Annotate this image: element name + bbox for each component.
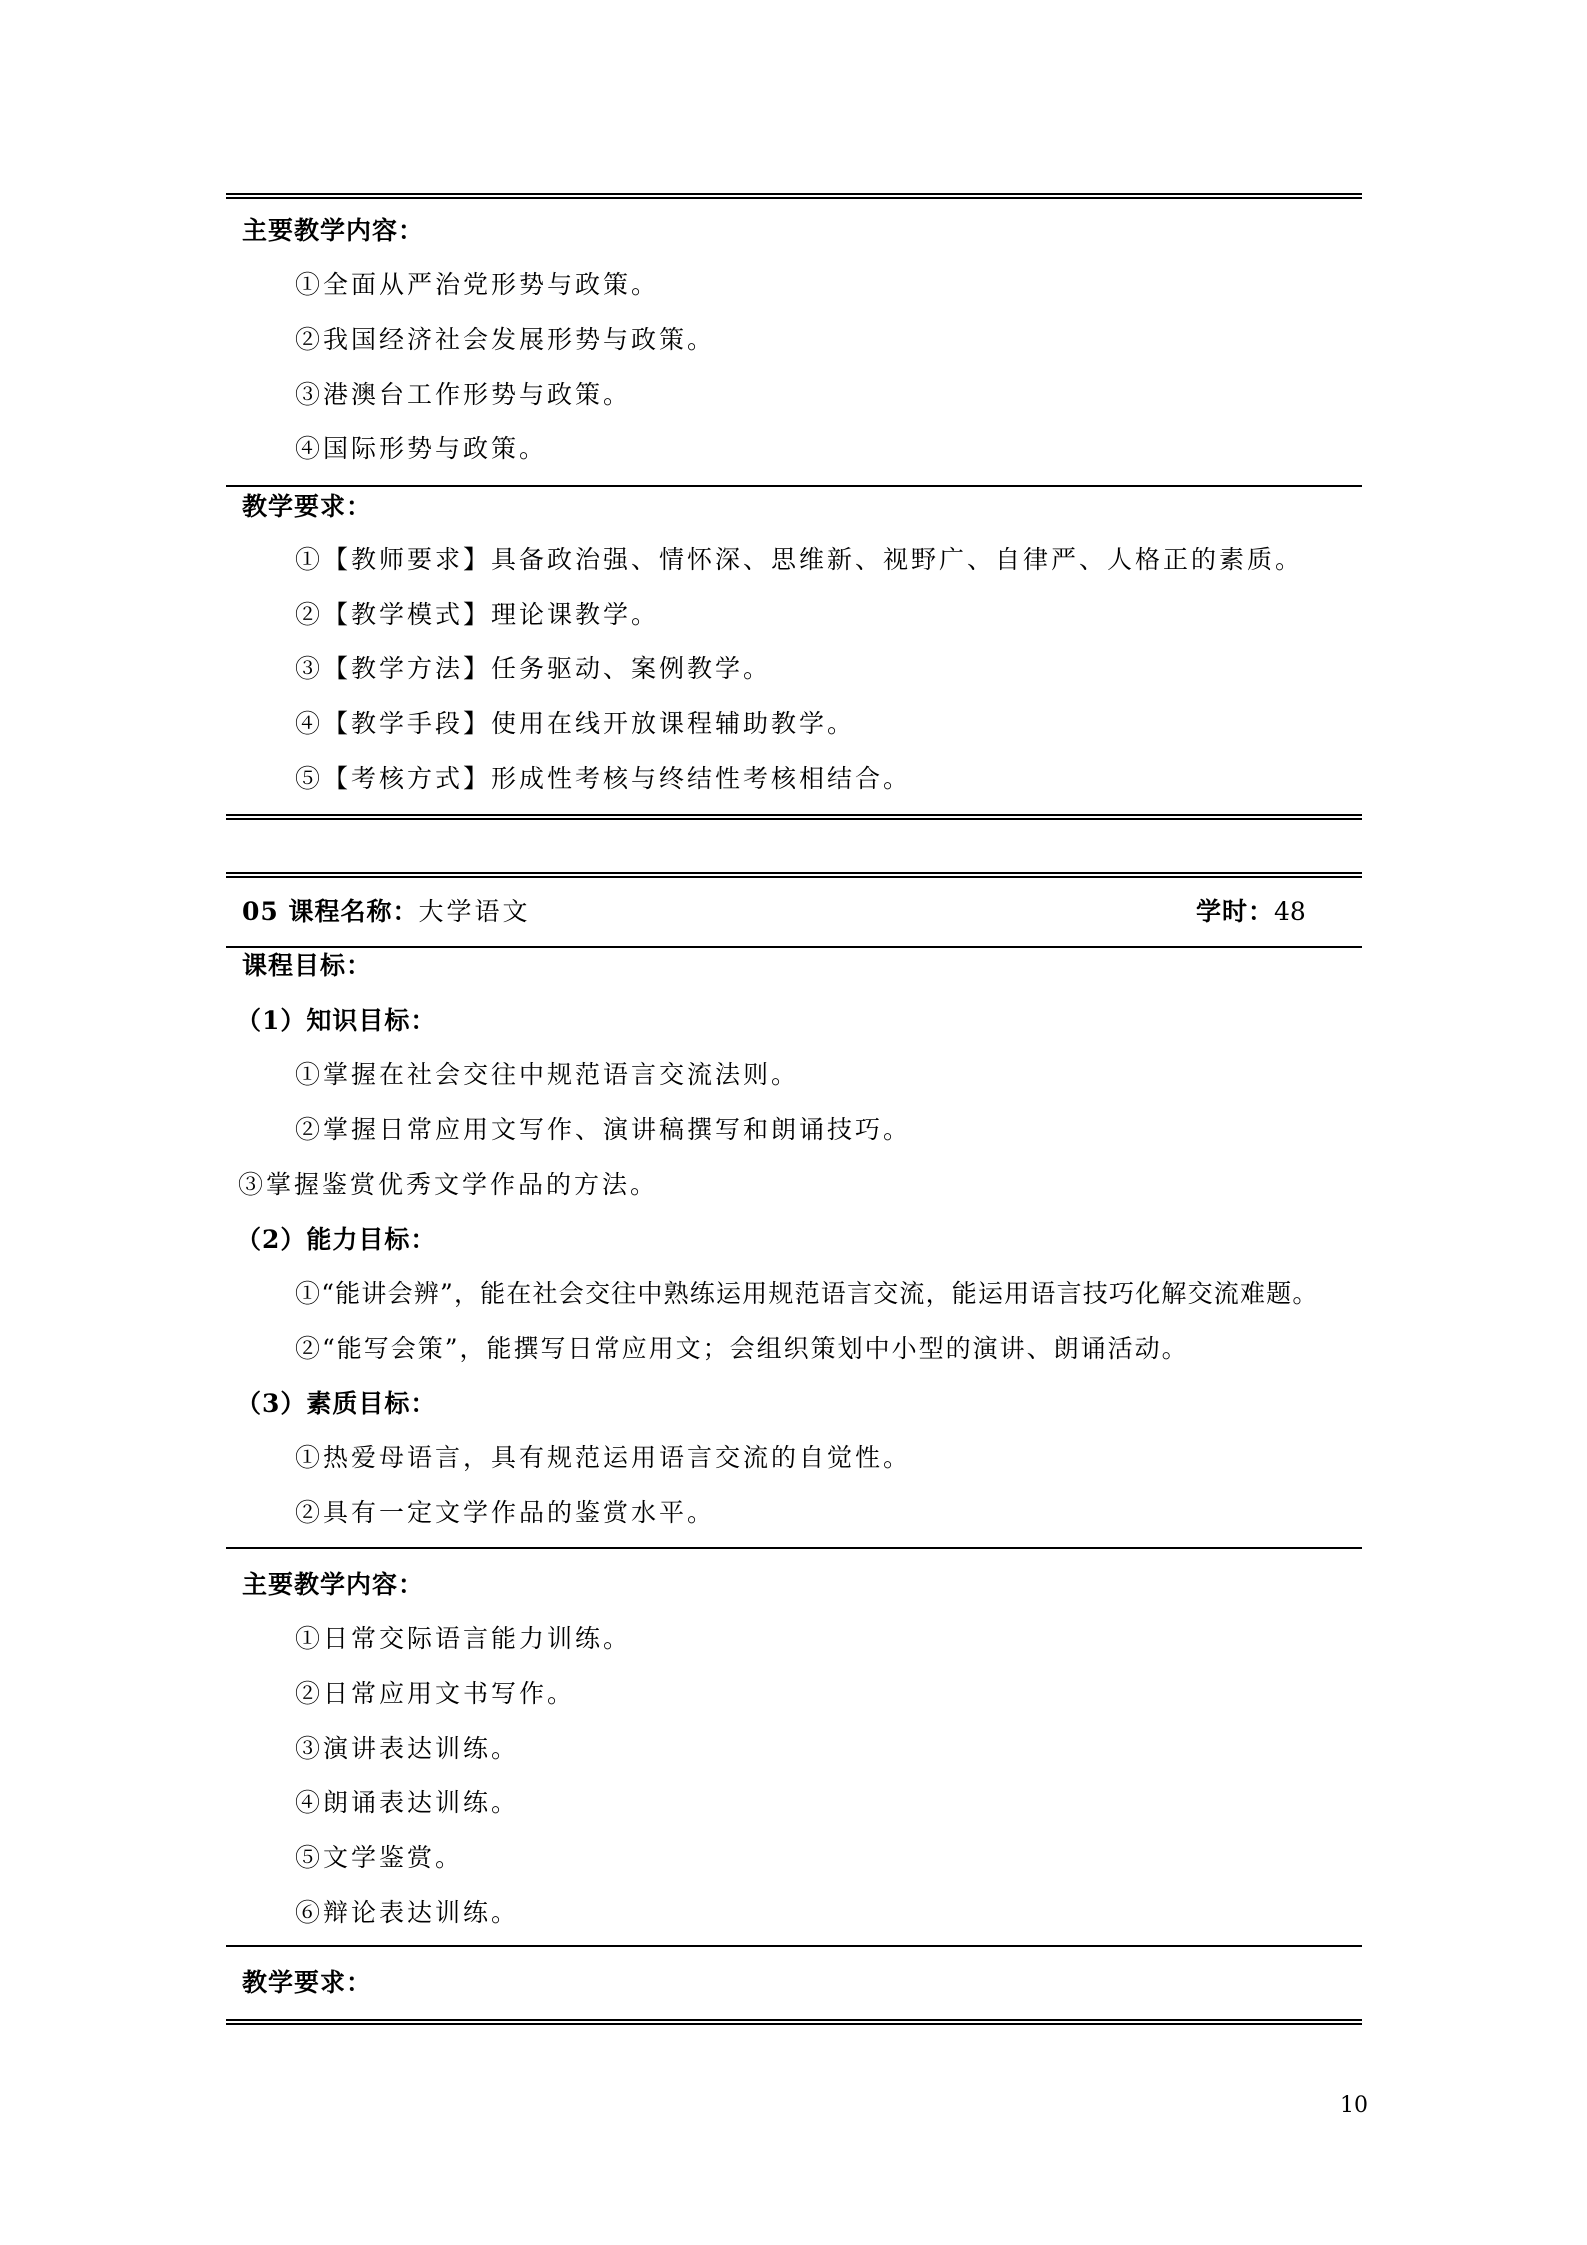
list-item: ①热爱母语言，具有规范运用语言交流的自觉性。 — [295, 1443, 911, 1473]
list-item: ①掌握在社会交往中规范语言交流法则。 — [295, 1060, 799, 1090]
objectives-label: 课程目标： — [242, 951, 372, 981]
course-name: 大学语文 — [419, 897, 531, 926]
quality-objectives-label: （3）素质目标： — [236, 1389, 436, 1419]
page-number: 10 — [1340, 2093, 1368, 2119]
list-item: ②“能写会策”，能撰写日常应用文；会组织策划中小型的演讲、朗诵活动。 — [295, 1334, 1189, 1364]
knowledge-objectives-label: （1）知识目标： — [236, 1006, 436, 1036]
list-item: ④朗诵表达训练。 — [295, 1788, 519, 1818]
row-divider — [226, 1547, 1362, 1549]
list-item: ①日常交际语言能力训练。 — [295, 1624, 631, 1654]
course-number-label: 05 课程名称： — [242, 897, 419, 926]
list-item: ①【教师要求】具备政治强、情怀深、思维新、视野广、自律严、人格正的素质。 — [295, 545, 1303, 575]
list-item: ③港澳台工作形势与政策。 — [295, 380, 631, 410]
ability-objectives-label: （2）能力目标： — [236, 1225, 436, 1255]
main-content-label: 主要教学内容： — [242, 1570, 424, 1600]
row-divider — [226, 1945, 1362, 1947]
table-bottom-rule — [226, 2019, 1362, 2025]
requirements-label: 教学要求： — [242, 492, 372, 522]
list-item: ②【教学模式】理论课教学。 — [295, 600, 659, 630]
course-title-row: 05 课程名称：大学语文 — [242, 897, 531, 927]
document-page: 主要教学内容： ①全面从严治党形势与政策。 ②我国经济社会发展形势与政策。 ③港… — [0, 0, 1587, 2245]
list-item: ⑥辩论表达训练。 — [295, 1898, 519, 1928]
list-item: ②日常应用文书写作。 — [295, 1679, 575, 1709]
table-top-rule — [226, 193, 1362, 199]
list-item: ②具有一定文学作品的鉴赏水平。 — [295, 1498, 715, 1528]
course-hours: 学时：48 — [1196, 897, 1306, 927]
hours-label: 学时： — [1196, 897, 1274, 926]
list-item: ④国际形势与政策。 — [295, 434, 547, 464]
row-divider — [226, 946, 1362, 948]
list-item: ③掌握鉴赏优秀文学作品的方法。 — [238, 1170, 658, 1200]
list-item: ①全面从严治党形势与政策。 — [295, 270, 659, 300]
list-item: ④【教学手段】使用在线开放课程辅助教学。 — [295, 709, 855, 739]
list-item: ②我国经济社会发展形势与政策。 — [295, 325, 715, 355]
requirements-label: 教学要求： — [242, 1968, 372, 1998]
list-item: ③【教学方法】任务驱动、案例教学。 — [295, 654, 771, 684]
hours-value: 48 — [1274, 897, 1306, 926]
list-item: ⑤文学鉴赏。 — [295, 1843, 463, 1873]
table-top-rule — [226, 872, 1362, 878]
main-content-label: 主要教学内容： — [242, 216, 424, 246]
table-bottom-rule — [226, 814, 1362, 820]
list-item: ⑤【考核方式】形成性考核与终结性考核相结合。 — [295, 764, 911, 794]
list-item: ②掌握日常应用文写作、演讲稿撰写和朗诵技巧。 — [295, 1115, 911, 1145]
list-item: ①“能讲会辨”，能在社会交往中熟练运用规范语言交流，能运用语言技巧化解交流难题。 — [295, 1279, 1319, 1309]
row-divider — [226, 485, 1362, 487]
list-item: ③演讲表达训练。 — [295, 1734, 519, 1764]
